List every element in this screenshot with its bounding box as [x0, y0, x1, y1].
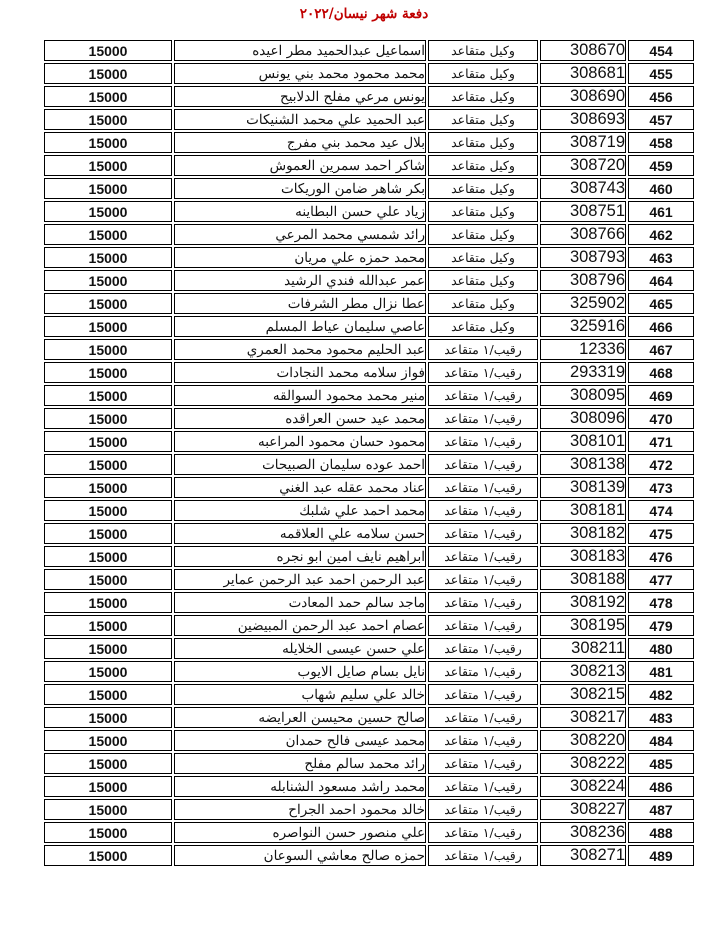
amount-cell: 15000: [44, 638, 172, 659]
military-id-cell: 308222: [540, 753, 626, 774]
serial-number-cell: 464: [628, 270, 694, 291]
military-id-cell: 308096: [540, 408, 626, 429]
table-row: 480 308211 رقيب/١ متقاعد علي حسن عيسى ال…: [44, 638, 694, 659]
amount-cell: 15000: [44, 132, 172, 153]
table-row: 479 308195 رقيب/١ متقاعد عصام احمد عبد ا…: [44, 615, 694, 636]
serial-number-cell: 483: [628, 707, 694, 728]
military-id-cell: 308213: [540, 661, 626, 682]
amount-cell: 15000: [44, 845, 172, 866]
table-row: 465 325902 وكيل متقاعد عطا نزال مطر الشر…: [44, 293, 694, 314]
rank-cell: رقيب/١ متقاعد: [428, 638, 538, 659]
table-row: 463 308793 وكيل متقاعد محمد حمزه علي مري…: [44, 247, 694, 268]
table-row: 476 308183 رقيب/١ متقاعد ابراهيم نايف ام…: [44, 546, 694, 567]
serial-number-cell: 471: [628, 431, 694, 452]
amount-cell: 15000: [44, 224, 172, 245]
amount-cell: 15000: [44, 776, 172, 797]
name-cell: محمد حمزه علي مريان: [174, 247, 426, 268]
name-cell: رائد محمد سالم مفلح: [174, 753, 426, 774]
name-cell: عصام احمد عبد الرحمن المبيضين: [174, 615, 426, 636]
name-cell: يونس مرعي مفلح الدلابيح: [174, 86, 426, 107]
serial-number-cell: 486: [628, 776, 694, 797]
military-id-cell: 308751: [540, 201, 626, 222]
document-page: دفعة شهر نيسان/٢٠٢٢ 454 308670 وكيل متقا…: [0, 0, 720, 927]
military-id-cell: 308227: [540, 799, 626, 820]
name-cell: بكر شاهر ضامن الوريكات: [174, 178, 426, 199]
military-id-cell: 308182: [540, 523, 626, 544]
rank-cell: رقيب/١ متقاعد: [428, 615, 538, 636]
amount-cell: 15000: [44, 63, 172, 84]
name-cell: صالح حسين محيسن العرايضه: [174, 707, 426, 728]
amount-cell: 15000: [44, 247, 172, 268]
amount-cell: 15000: [44, 408, 172, 429]
military-id-cell: 308211: [540, 638, 626, 659]
name-cell: خالد علي سليم شهاب: [174, 684, 426, 705]
rank-cell: رقيب/١ متقاعد: [428, 408, 538, 429]
military-id-cell: 308720: [540, 155, 626, 176]
name-cell: حسن سلامه علي العلاقمه: [174, 523, 426, 544]
amount-cell: 15000: [44, 523, 172, 544]
table-row: 489 308271 رقيب/١ متقاعد حمزه صالح معاشي…: [44, 845, 694, 866]
name-cell: زياد علي حسن البطاينه: [174, 201, 426, 222]
name-cell: محمد محمود محمد بني يونس: [174, 63, 426, 84]
payment-table-body: 454 308670 وكيل متقاعد اسماعيل عبدالحميد…: [44, 40, 694, 866]
serial-number-cell: 456: [628, 86, 694, 107]
table-row: 483 308217 رقيب/١ متقاعد صالح حسين محيسن…: [44, 707, 694, 728]
military-id-cell: 308693: [540, 109, 626, 130]
military-id-cell: 308793: [540, 247, 626, 268]
table-row: 484 308220 رقيب/١ متقاعد محمد عيسى فالح …: [44, 730, 694, 751]
name-cell: محمود حسان محمود المراعبه: [174, 431, 426, 452]
name-cell: اسماعيل عبدالحميد مطر اعيده: [174, 40, 426, 61]
name-cell: عبد الحميد علي محمد الشنيكات: [174, 109, 426, 130]
name-cell: شاكر احمد سمرين العموش: [174, 155, 426, 176]
military-id-cell: 308220: [540, 730, 626, 751]
name-cell: بلال عيد محمد بني مفرج: [174, 132, 426, 153]
amount-cell: 15000: [44, 109, 172, 130]
amount-cell: 15000: [44, 385, 172, 406]
rank-cell: وكيل متقاعد: [428, 40, 538, 61]
military-id-cell: 308215: [540, 684, 626, 705]
amount-cell: 15000: [44, 362, 172, 383]
rank-cell: رقيب/١ متقاعد: [428, 454, 538, 475]
table-row: 482 308215 رقيب/١ متقاعد خالد علي سليم ش…: [44, 684, 694, 705]
military-id-cell: 308670: [540, 40, 626, 61]
table-row: 454 308670 وكيل متقاعد اسماعيل عبدالحميد…: [44, 40, 694, 61]
amount-cell: 15000: [44, 178, 172, 199]
military-id-cell: 308743: [540, 178, 626, 199]
amount-cell: 15000: [44, 500, 172, 521]
amount-cell: 15000: [44, 316, 172, 337]
military-id-cell: 308101: [540, 431, 626, 452]
serial-number-cell: 459: [628, 155, 694, 176]
military-id-cell: 325916: [540, 316, 626, 337]
serial-number-cell: 485: [628, 753, 694, 774]
serial-number-cell: 468: [628, 362, 694, 383]
amount-cell: 15000: [44, 339, 172, 360]
rank-cell: رقيب/١ متقاعد: [428, 684, 538, 705]
amount-cell: 15000: [44, 293, 172, 314]
military-id-cell: 325902: [540, 293, 626, 314]
serial-number-cell: 458: [628, 132, 694, 153]
table-row: 478 308192 رقيب/١ متقاعد ماجد سالم حمد ا…: [44, 592, 694, 613]
page-title: دفعة شهر نيسان/٢٠٢٢: [42, 6, 686, 30]
amount-cell: 15000: [44, 546, 172, 567]
rank-cell: رقيب/١ متقاعد: [428, 707, 538, 728]
rank-cell: رقيب/١ متقاعد: [428, 385, 538, 406]
amount-cell: 15000: [44, 615, 172, 636]
rank-cell: رقيب/١ متقاعد: [428, 661, 538, 682]
name-cell: ابراهيم نايف امين ابو نجره: [174, 546, 426, 567]
rank-cell: رقيب/١ متقاعد: [428, 523, 538, 544]
military-id-cell: 308195: [540, 615, 626, 636]
name-cell: حمزه صالح معاشي السوعان: [174, 845, 426, 866]
rank-cell: وكيل متقاعد: [428, 316, 538, 337]
military-id-cell: 293319: [540, 362, 626, 383]
serial-number-cell: 460: [628, 178, 694, 199]
name-cell: عناد محمد عقله عبد الغني: [174, 477, 426, 498]
table-row: 474 308181 رقيب/١ متقاعد محمد احمد علي ش…: [44, 500, 694, 521]
serial-number-cell: 454: [628, 40, 694, 61]
military-id-cell: 308192: [540, 592, 626, 613]
rank-cell: رقيب/١ متقاعد: [428, 569, 538, 590]
name-cell: احمد عوده سليمان الصبيحات: [174, 454, 426, 475]
rank-cell: رقيب/١ متقاعد: [428, 753, 538, 774]
rank-cell: رقيب/١ متقاعد: [428, 362, 538, 383]
serial-number-cell: 480: [628, 638, 694, 659]
table-row: 487 308227 رقيب/١ متقاعد خالد محمود احمد…: [44, 799, 694, 820]
amount-cell: 15000: [44, 477, 172, 498]
name-cell: عبد الحليم محمود محمد العمري: [174, 339, 426, 360]
table-row: 475 308182 رقيب/١ متقاعد حسن سلامه علي ا…: [44, 523, 694, 544]
serial-number-cell: 462: [628, 224, 694, 245]
rank-cell: وكيل متقاعد: [428, 270, 538, 291]
rank-cell: وكيل متقاعد: [428, 201, 538, 222]
serial-number-cell: 455: [628, 63, 694, 84]
military-id-cell: 308139: [540, 477, 626, 498]
serial-number-cell: 472: [628, 454, 694, 475]
rank-cell: وكيل متقاعد: [428, 109, 538, 130]
payment-table: 454 308670 وكيل متقاعد اسماعيل عبدالحميد…: [42, 38, 696, 868]
serial-number-cell: 475: [628, 523, 694, 544]
serial-number-cell: 482: [628, 684, 694, 705]
amount-cell: 15000: [44, 431, 172, 452]
name-cell: علي حسن عيسى الخلايله: [174, 638, 426, 659]
rank-cell: رقيب/١ متقاعد: [428, 339, 538, 360]
name-cell: نايل بسام صايل الايوب: [174, 661, 426, 682]
military-id-cell: 308095: [540, 385, 626, 406]
table-row: 472 308138 رقيب/١ متقاعد احمد عوده سليما…: [44, 454, 694, 475]
serial-number-cell: 476: [628, 546, 694, 567]
table-row: 486 308224 رقيب/١ متقاعد محمد راشد مسعود…: [44, 776, 694, 797]
table-row: 459 308720 وكيل متقاعد شاكر احمد سمرين ا…: [44, 155, 694, 176]
table-row: 468 293319 رقيب/١ متقاعد فواز سلامه محمد…: [44, 362, 694, 383]
serial-number-cell: 457: [628, 109, 694, 130]
amount-cell: 15000: [44, 661, 172, 682]
table-row: 458 308719 وكيل متقاعد بلال عيد محمد بني…: [44, 132, 694, 153]
military-id-cell: 308138: [540, 454, 626, 475]
serial-number-cell: 463: [628, 247, 694, 268]
rank-cell: رقيب/١ متقاعد: [428, 500, 538, 521]
amount-cell: 15000: [44, 730, 172, 751]
table-row: 485 308222 رقيب/١ متقاعد رائد محمد سالم …: [44, 753, 694, 774]
rank-cell: رقيب/١ متقاعد: [428, 592, 538, 613]
table-row: 471 308101 رقيب/١ متقاعد محمود حسان محمو…: [44, 431, 694, 452]
amount-cell: 15000: [44, 155, 172, 176]
serial-number-cell: 473: [628, 477, 694, 498]
serial-number-cell: 465: [628, 293, 694, 314]
amount-cell: 15000: [44, 270, 172, 291]
military-id-cell: 308224: [540, 776, 626, 797]
rank-cell: وكيل متقاعد: [428, 155, 538, 176]
serial-number-cell: 481: [628, 661, 694, 682]
serial-number-cell: 487: [628, 799, 694, 820]
rank-cell: وكيل متقاعد: [428, 132, 538, 153]
table-row: 470 308096 رقيب/١ متقاعد محمد عيد حسن ال…: [44, 408, 694, 429]
table-row: 455 308681 وكيل متقاعد محمد محمود محمد ب…: [44, 63, 694, 84]
rank-cell: رقيب/١ متقاعد: [428, 546, 538, 567]
name-cell: ماجد سالم حمد المعادت: [174, 592, 426, 613]
amount-cell: 15000: [44, 753, 172, 774]
name-cell: عطا نزال مطر الشرفات: [174, 293, 426, 314]
rank-cell: رقيب/١ متقاعد: [428, 845, 538, 866]
amount-cell: 15000: [44, 799, 172, 820]
military-id-cell: 308690: [540, 86, 626, 107]
military-id-cell: 308236: [540, 822, 626, 843]
table-row: 467 12336 رقيب/١ متقاعد عبد الحليم محمود…: [44, 339, 694, 360]
amount-cell: 15000: [44, 707, 172, 728]
military-id-cell: 308188: [540, 569, 626, 590]
military-id-cell: 308181: [540, 500, 626, 521]
military-id-cell: 308766: [540, 224, 626, 245]
table-row: 477 308188 رقيب/١ متقاعد عبد الرحمن احمد…: [44, 569, 694, 590]
name-cell: عبد الرحمن احمد عبد الرحمن عماير: [174, 569, 426, 590]
name-cell: عمر عبدالله فندي الرشيد: [174, 270, 426, 291]
military-id-cell: 308271: [540, 845, 626, 866]
table-row: 466 325916 وكيل متقاعد عاصي سليمان عياط …: [44, 316, 694, 337]
serial-number-cell: 466: [628, 316, 694, 337]
table-row: 460 308743 وكيل متقاعد بكر شاهر ضامن الو…: [44, 178, 694, 199]
military-id-cell: 308796: [540, 270, 626, 291]
serial-number-cell: 477: [628, 569, 694, 590]
table-row: 462 308766 وكيل متقاعد رائد شمسي محمد ال…: [44, 224, 694, 245]
table-row: 473 308139 رقيب/١ متقاعد عناد محمد عقله …: [44, 477, 694, 498]
amount-cell: 15000: [44, 86, 172, 107]
name-cell: علي منصور حسن النواصره: [174, 822, 426, 843]
name-cell: منير محمد محمود السوالقه: [174, 385, 426, 406]
military-id-cell: 308217: [540, 707, 626, 728]
serial-number-cell: 489: [628, 845, 694, 866]
rank-cell: وكيل متقاعد: [428, 247, 538, 268]
rank-cell: رقيب/١ متقاعد: [428, 730, 538, 751]
name-cell: محمد راشد مسعود الشنابله: [174, 776, 426, 797]
rank-cell: رقيب/١ متقاعد: [428, 477, 538, 498]
serial-number-cell: 469: [628, 385, 694, 406]
rank-cell: وكيل متقاعد: [428, 224, 538, 245]
serial-number-cell: 474: [628, 500, 694, 521]
table-row: 456 308690 وكيل متقاعد يونس مرعي مفلح ال…: [44, 86, 694, 107]
name-cell: محمد عيسى فالح حمدان: [174, 730, 426, 751]
rank-cell: رقيب/١ متقاعد: [428, 776, 538, 797]
military-id-cell: 308719: [540, 132, 626, 153]
rank-cell: رقيب/١ متقاعد: [428, 431, 538, 452]
rank-cell: رقيب/١ متقاعد: [428, 822, 538, 843]
name-cell: رائد شمسي محمد المرعي: [174, 224, 426, 245]
amount-cell: 15000: [44, 822, 172, 843]
table-row: 469 308095 رقيب/١ متقاعد منير محمد محمود…: [44, 385, 694, 406]
table-row: 461 308751 وكيل متقاعد زياد علي حسن البط…: [44, 201, 694, 222]
amount-cell: 15000: [44, 201, 172, 222]
rank-cell: وكيل متقاعد: [428, 178, 538, 199]
name-cell: محمد عيد حسن العراقده: [174, 408, 426, 429]
serial-number-cell: 484: [628, 730, 694, 751]
military-id-cell: 308183: [540, 546, 626, 567]
military-id-cell: 12336: [540, 339, 626, 360]
serial-number-cell: 467: [628, 339, 694, 360]
serial-number-cell: 470: [628, 408, 694, 429]
table-row: 488 308236 رقيب/١ متقاعد علي منصور حسن ا…: [44, 822, 694, 843]
name-cell: فواز سلامه محمد النجادات: [174, 362, 426, 383]
table-row: 457 308693 وكيل متقاعد عبد الحميد علي مح…: [44, 109, 694, 130]
amount-cell: 15000: [44, 40, 172, 61]
amount-cell: 15000: [44, 569, 172, 590]
rank-cell: رقيب/١ متقاعد: [428, 799, 538, 820]
rank-cell: وكيل متقاعد: [428, 293, 538, 314]
serial-number-cell: 488: [628, 822, 694, 843]
serial-number-cell: 479: [628, 615, 694, 636]
name-cell: محمد احمد علي شلبك: [174, 500, 426, 521]
amount-cell: 15000: [44, 592, 172, 613]
amount-cell: 15000: [44, 454, 172, 475]
serial-number-cell: 478: [628, 592, 694, 613]
table-row: 481 308213 رقيب/١ متقاعد نايل بسام صايل …: [44, 661, 694, 682]
rank-cell: وكيل متقاعد: [428, 86, 538, 107]
name-cell: عاصي سليمان عياط المسلم: [174, 316, 426, 337]
amount-cell: 15000: [44, 684, 172, 705]
rank-cell: وكيل متقاعد: [428, 63, 538, 84]
military-id-cell: 308681: [540, 63, 626, 84]
serial-number-cell: 461: [628, 201, 694, 222]
name-cell: خالد محمود احمد الجراح: [174, 799, 426, 820]
table-row: 464 308796 وكيل متقاعد عمر عبدالله فندي …: [44, 270, 694, 291]
